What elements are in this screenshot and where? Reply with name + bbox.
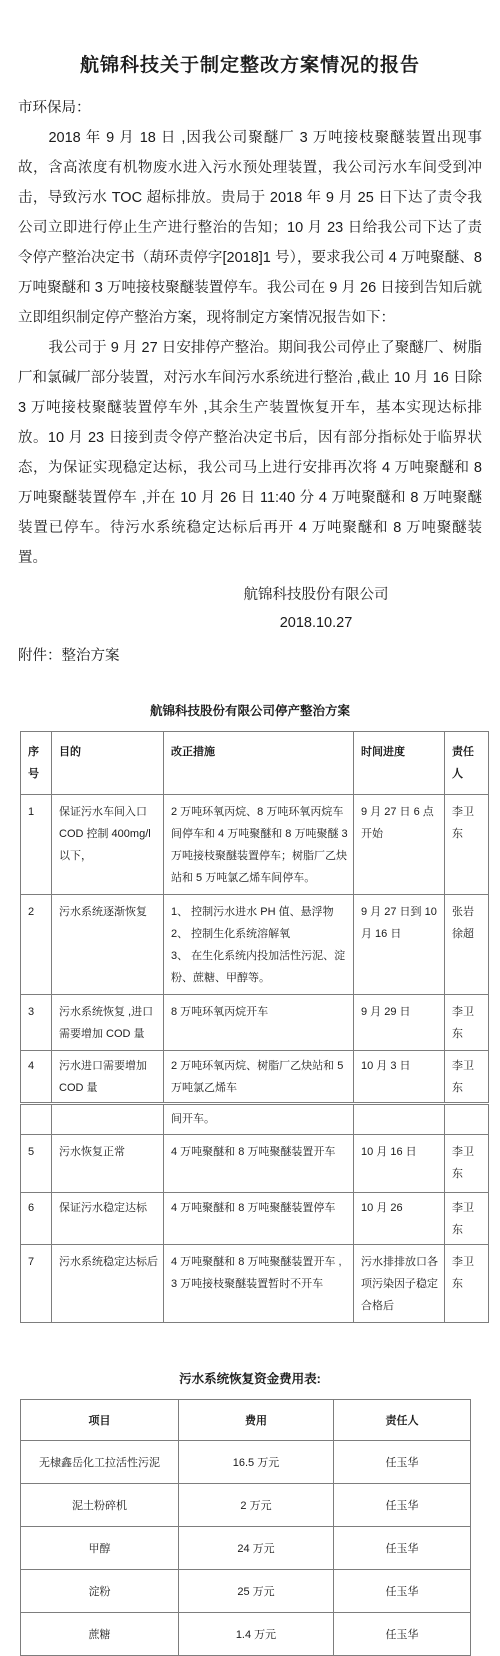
header-cost: 费用 [179, 1400, 334, 1441]
cell-item: 泥土粉碎机 [21, 1484, 179, 1527]
cell-measures: 4 万吨聚醚和 8 万吨聚醚装置开车 [164, 1135, 354, 1193]
cell-owner: 李卫东 [445, 1051, 489, 1104]
cell-owner: 任玉华 [334, 1527, 471, 1570]
cell-cost: 24 万元 [179, 1527, 334, 1570]
table-row: 1 保证污水车间入口 COD 控制 400mg/l 以下， 2 万吨环氧丙烷、8… [21, 795, 489, 895]
owner-line: 张岩 [452, 901, 484, 923]
cell-no: 7 [21, 1245, 52, 1323]
owner-line: 徐超 [452, 923, 484, 945]
owner-line: 李卫东 [452, 1055, 484, 1099]
cell-cost: 16.5 万元 [179, 1441, 334, 1484]
paragraph-1: 2018 年 9 月 18 日 ,因我公司聚醚厂 3 万吨接枝聚醚装置出现事故，… [18, 123, 482, 333]
cell-no: 6 [21, 1193, 52, 1245]
cell-purpose: 污水恢复正常 [52, 1135, 164, 1193]
cell-time: 10 月 3 日 [354, 1051, 445, 1104]
cell-item: 蔗糖 [21, 1613, 179, 1656]
signature-date: 2018.10.27 [150, 609, 482, 637]
cell-measures: 4 万吨聚醚和 8 万吨聚醚装置停车 [164, 1193, 354, 1245]
cost-table: 项目 费用 责任人 无棣鑫岳化工拉活性污泥 16.5 万元 任玉华 泥土粉碎机 … [20, 1399, 471, 1656]
plan-table-header-row: 序号 目的 改正措施 时间进度 责任人 [21, 732, 489, 795]
measure-line: 2、 控制生化系统溶解氧 [171, 923, 349, 945]
cell-time: 9 月 27 日 6 点开始 [354, 795, 445, 895]
cell-no: 5 [21, 1135, 52, 1193]
cell-no: 4 [21, 1051, 52, 1104]
cell-owner: 李卫东 [445, 795, 489, 895]
cell-time: 10 月 26 [354, 1193, 445, 1245]
measure-line: 4 万吨聚醚和 8 万吨聚醚装置开车 , 3 万吨接枝聚醚装置暂时不开车 [171, 1251, 349, 1295]
cell-measures: 1、 控制污水进水 PH 值、悬浮物 2、 控制生化系统溶解氧 3、 在生化系统… [164, 895, 354, 995]
plan-table: 序号 目的 改正措施 时间进度 责任人 1 保证污水车间入口 COD 控制 40… [20, 731, 489, 1323]
table-row: 淀粉 25 万元 任玉华 [21, 1570, 471, 1613]
report-page: 航锦科技关于制定整改方案情况的报告 市环保局： 2018 年 9 月 18 日 … [0, 0, 500, 1656]
cell-purpose: 保证污水车间入口 COD 控制 400mg/l 以下， [52, 795, 164, 895]
cell-time: 10 月 16 日 [354, 1135, 445, 1193]
measure-line: 3、 在生化系统内投加活性污泥、淀粉、蔗糖、甲醇等。 [171, 945, 349, 989]
table-row: 7 污水系统稳定达标后 4 万吨聚醚和 8 万吨聚醚装置开车 , 3 万吨接枝聚… [21, 1245, 489, 1323]
cell-owner: 任玉华 [334, 1613, 471, 1656]
cell-owner: 李卫东 [445, 1193, 489, 1245]
cell-no: 1 [21, 795, 52, 895]
cell-owner: 任玉华 [334, 1570, 471, 1613]
header-time: 时间进度 [354, 732, 445, 795]
owner-line: 李卫东 [452, 1251, 484, 1295]
cell-owner: 任玉华 [334, 1484, 471, 1527]
header-owner: 责任人 [445, 732, 489, 795]
cell-item: 无棣鑫岳化工拉活性污泥 [21, 1441, 179, 1484]
owner-line: 李卫东 [452, 1001, 484, 1045]
cell-owner [445, 1104, 489, 1135]
owner-line: 李卫东 [452, 801, 484, 845]
measure-line: 4 万吨聚醚和 8 万吨聚醚装置开车 [171, 1141, 349, 1163]
cell-purpose: 污水系统恢复 ,进口需要增加 COD 量 [52, 995, 164, 1051]
header-item: 项目 [21, 1400, 179, 1441]
measure-line: 1、 控制污水进水 PH 值、悬浮物 [171, 901, 349, 923]
cell-item: 甲醇 [21, 1527, 179, 1570]
cell-time: 9 月 27 日到 10 月 16 日 [354, 895, 445, 995]
header-no: 序号 [21, 732, 52, 795]
table-row: 5 污水恢复正常 4 万吨聚醚和 8 万吨聚醚装置开车 10 月 16 日 李卫… [21, 1135, 489, 1193]
measure-line: 4 万吨聚醚和 8 万吨聚醚装置停车 [171, 1197, 349, 1219]
paragraph-2: 我公司于 9 月 27 日安排停产整治。期间我公司停止了聚醚厂、树脂厂和氯碱厂部… [18, 333, 482, 573]
table-row: 蔗糖 1.4 万元 任玉华 [21, 1613, 471, 1656]
header-measures: 改正措施 [164, 732, 354, 795]
cell-measures: 间开车。 [164, 1104, 354, 1135]
table-row: 6 保证污水稳定达标 4 万吨聚醚和 8 万吨聚醚装置停车 10 月 26 李卫… [21, 1193, 489, 1245]
cell-measures: 8 万吨环氧丙烷开车 [164, 995, 354, 1051]
cell-cost: 1.4 万元 [179, 1613, 334, 1656]
owner-line: 李卫东 [452, 1197, 484, 1241]
cell-measures: 4 万吨聚醚和 8 万吨聚醚装置开车 , 3 万吨接枝聚醚装置暂时不开车 [164, 1245, 354, 1323]
owner-line: 李卫东 [452, 1141, 484, 1185]
cell-cost: 25 万元 [179, 1570, 334, 1613]
header-owner: 责任人 [334, 1400, 471, 1441]
measure-line: 间开车。 [171, 1108, 349, 1130]
measure-line: 2 万吨环氧丙烷、8 万吨环氧丙烷车间停车和 4 万吨聚醚和 8 万吨聚醚 3 … [171, 801, 349, 889]
attachment-label: 附件：整治方案 [18, 641, 482, 671]
cell-purpose: 污水进口需要增加 COD 量 [52, 1051, 164, 1104]
cell-cost: 2 万元 [179, 1484, 334, 1527]
cell-owner: 李卫东 [445, 1135, 489, 1193]
cost-table-title: 污水系统恢复资金费用表: [18, 1369, 482, 1387]
cell-no [21, 1104, 52, 1135]
cost-table-header-row: 项目 费用 责任人 [21, 1400, 471, 1441]
measure-line: 8 万吨环氧丙烷开车 [171, 1001, 349, 1023]
cell-measures: 2 万吨环氧丙烷、树脂厂乙炔站和 5 万吨氯乙烯车 [164, 1051, 354, 1104]
plan-table-title: 航锦科技股份有限公司停产整治方案 [18, 701, 482, 719]
table-row-continued: 间开车。 [21, 1104, 489, 1135]
cell-owner: 任玉华 [334, 1441, 471, 1484]
cell-owner: 张岩 徐超 [445, 895, 489, 995]
cell-purpose: 污水系统逐渐恢复 [52, 895, 164, 995]
table-row: 甲醇 24 万元 任玉华 [21, 1527, 471, 1570]
signature-block: 航锦科技股份有限公司 2018.10.27 [18, 581, 482, 637]
cell-time [354, 1104, 445, 1135]
cell-purpose: 污水系统稳定达标后 [52, 1245, 164, 1323]
table-row: 3 污水系统恢复 ,进口需要增加 COD 量 8 万吨环氧丙烷开车 9 月 29… [21, 995, 489, 1051]
table-row: 泥土粉碎机 2 万元 任玉华 [21, 1484, 471, 1527]
table-row: 2 污水系统逐渐恢复 1、 控制污水进水 PH 值、悬浮物 2、 控制生化系统溶… [21, 895, 489, 995]
measure-line: 2 万吨环氧丙烷、树脂厂乙炔站和 5 万吨氯乙烯车 [171, 1055, 349, 1099]
cell-time: 污水排排放口各项污染因子稳定合格后 [354, 1245, 445, 1323]
cell-owner: 李卫东 [445, 995, 489, 1051]
table-row: 无棣鑫岳化工拉活性污泥 16.5 万元 任玉华 [21, 1441, 471, 1484]
cell-purpose [52, 1104, 164, 1135]
cell-item: 淀粉 [21, 1570, 179, 1613]
table-row: 4 污水进口需要增加 COD 量 2 万吨环氧丙烷、树脂厂乙炔站和 5 万吨氯乙… [21, 1051, 489, 1104]
report-title: 航锦科技关于制定整改方案情况的报告 [18, 0, 482, 77]
cell-no: 3 [21, 995, 52, 1051]
cell-no: 2 [21, 895, 52, 995]
cell-owner: 李卫东 [445, 1245, 489, 1323]
cell-measures: 2 万吨环氧丙烷、8 万吨环氧丙烷车间停车和 4 万吨聚醚和 8 万吨聚醚 3 … [164, 795, 354, 895]
cell-purpose: 保证污水稳定达标 [52, 1193, 164, 1245]
signature-company: 航锦科技股份有限公司 [150, 581, 482, 609]
header-purpose: 目的 [52, 732, 164, 795]
salutation: 市环保局： [18, 93, 482, 123]
cell-time: 9 月 29 日 [354, 995, 445, 1051]
